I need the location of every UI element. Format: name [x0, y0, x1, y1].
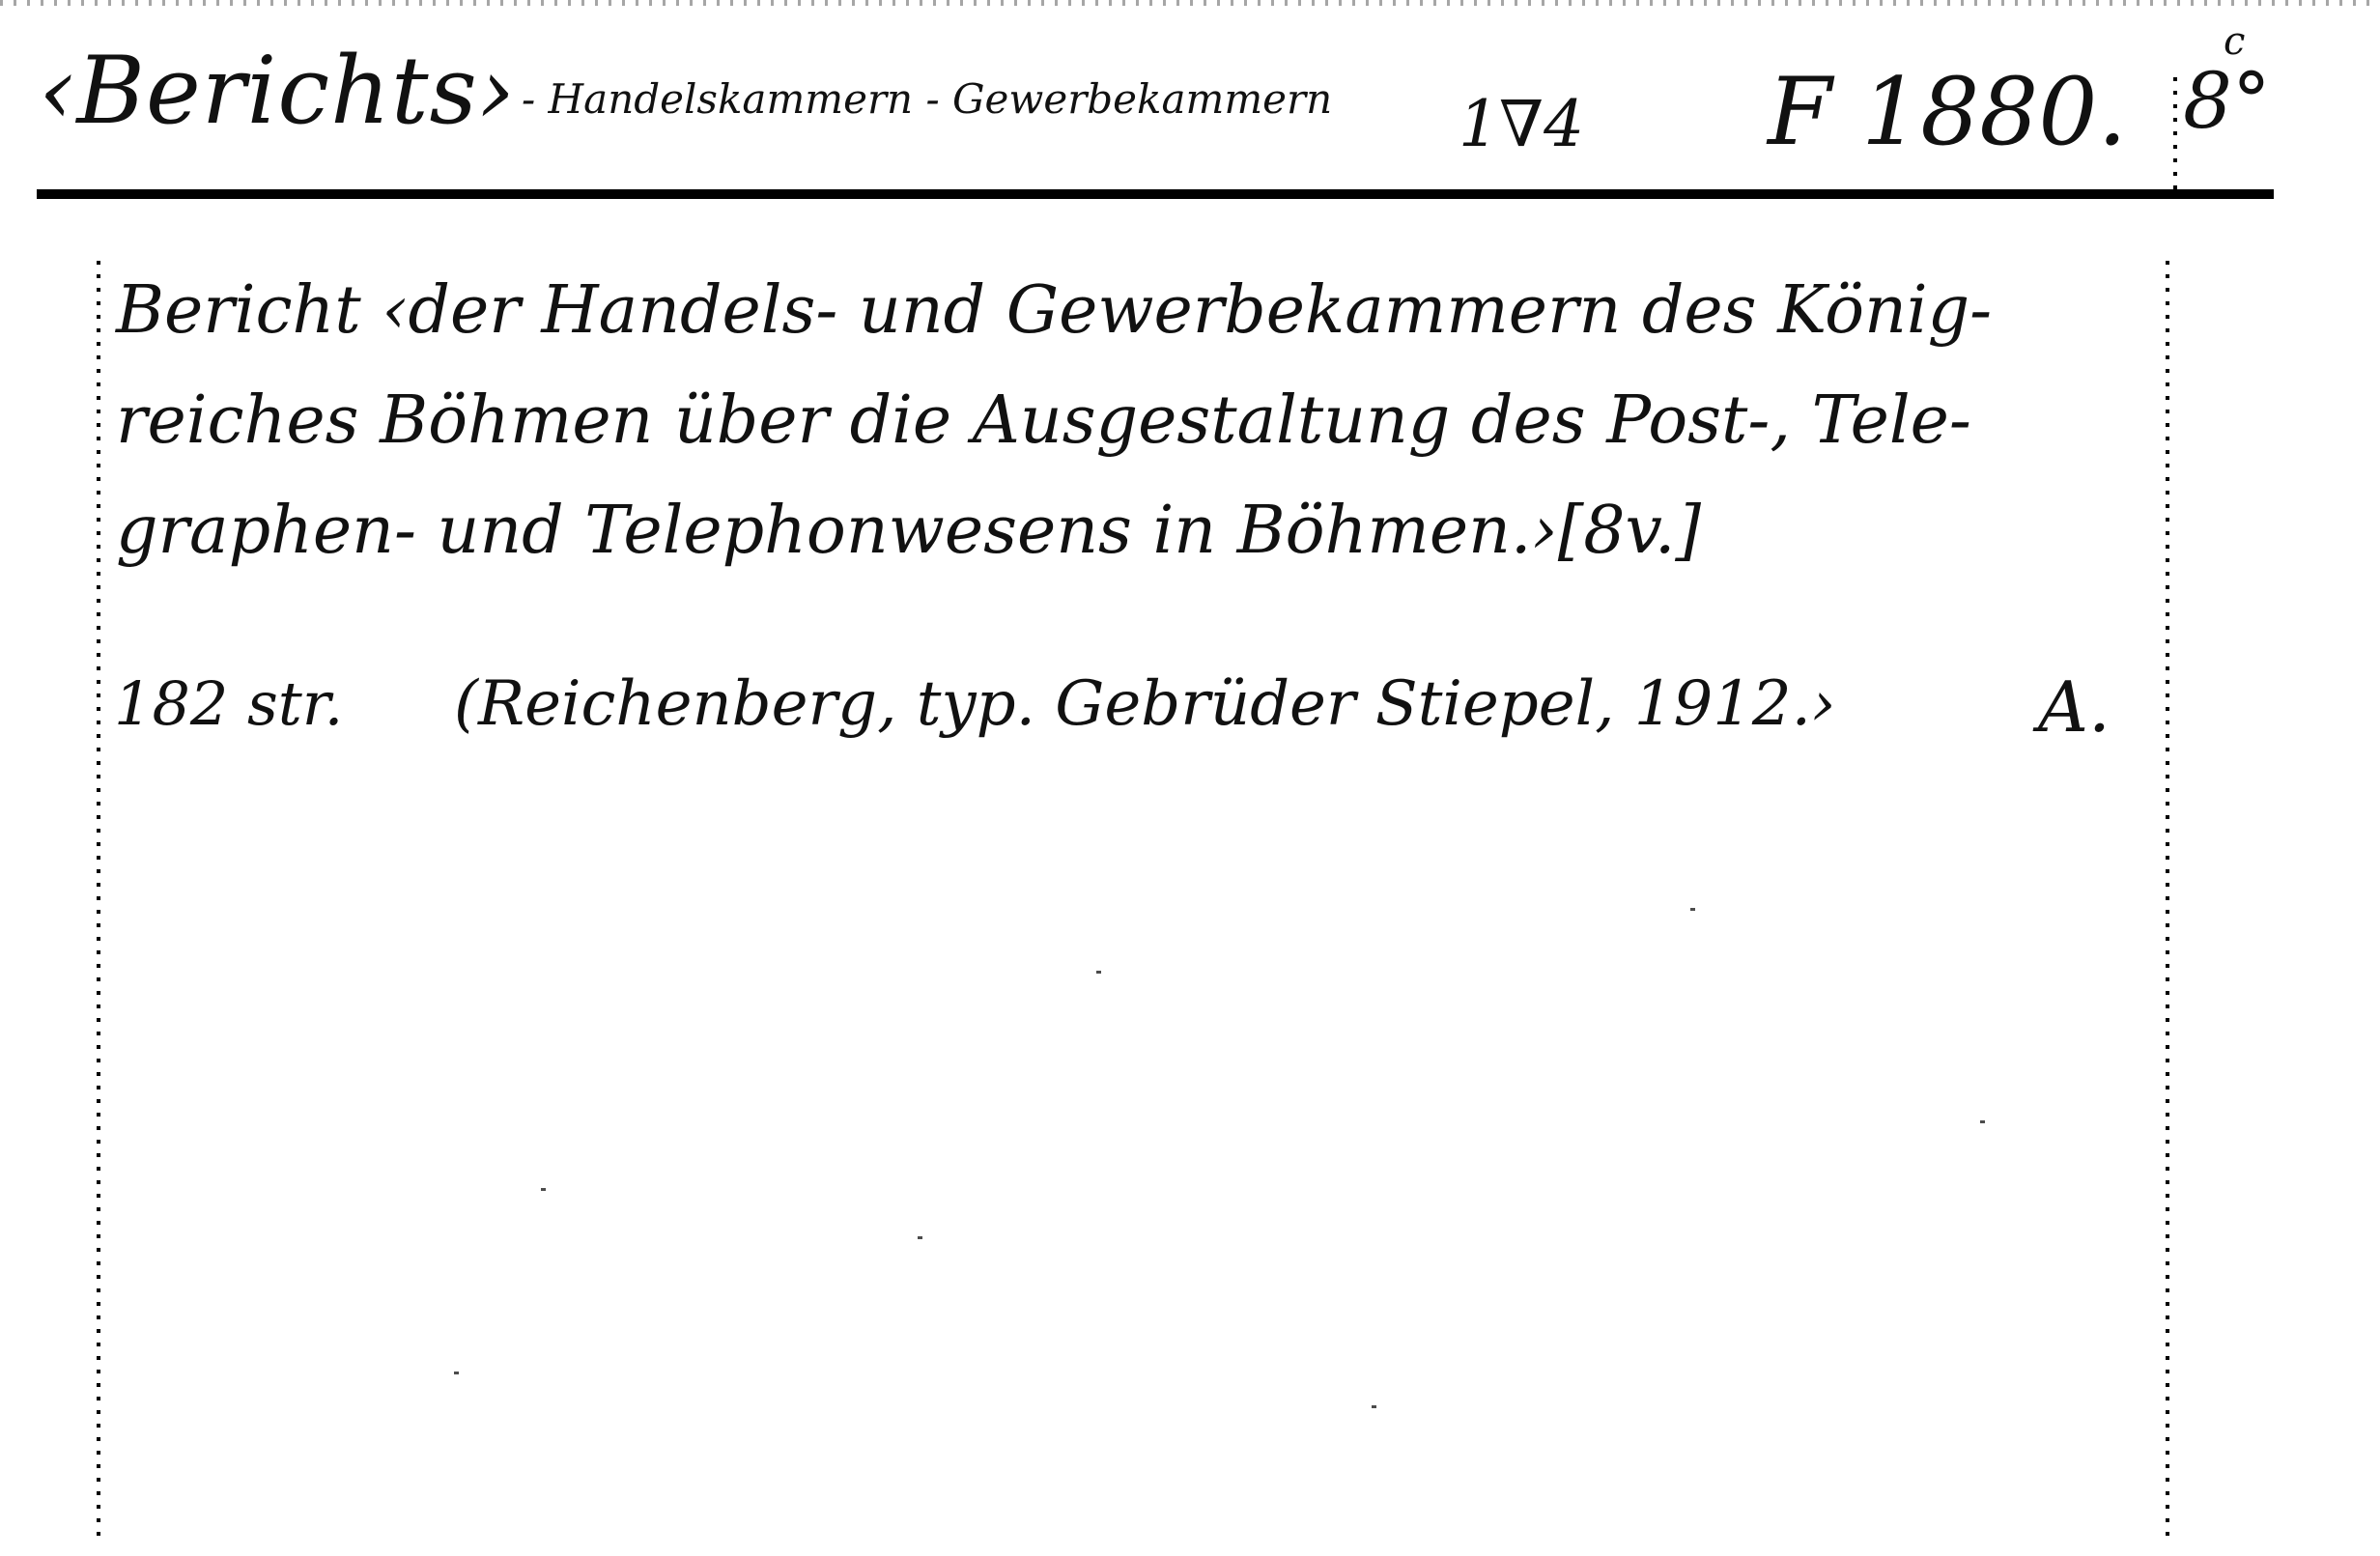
scan-speck	[1980, 1120, 1985, 1123]
scan-speck	[918, 1236, 922, 1239]
right-margin-dotted-line	[2166, 261, 2169, 1536]
subject-headings: - Handelskammern - Gewerbekammern	[522, 75, 1332, 123]
classification-number: 1∇4	[1459, 87, 1584, 161]
scan-speck	[1690, 908, 1695, 911]
scan-speck	[454, 1372, 459, 1374]
format-label: 8°	[2183, 56, 2271, 146]
scan-speck	[1372, 1405, 1376, 1408]
imprint: (Reichenberg, typ. Gebrüder Stiepel, 191…	[454, 668, 1836, 740]
main-entry-heading: ‹Berichts›	[39, 37, 516, 145]
catalog-card: ‹Berichts› - Handelskammern - Gewerbekam…	[0, 0, 2380, 1556]
page-count: 182 str.	[114, 668, 343, 739]
catalog-mark: A.	[2038, 666, 2111, 748]
scan-speck	[541, 1188, 546, 1191]
title-line-1: Bericht ‹der Handels- und Gewerbekammern…	[116, 272, 1992, 349]
shelfmark: F 1880.	[1768, 58, 2127, 166]
header-dotted-separator	[2173, 77, 2177, 193]
title-line-2: reiches Böhmen über die Ausgestaltung de…	[116, 382, 1971, 459]
left-margin-dotted-line	[97, 261, 100, 1536]
scan-edge-artifact	[0, 0, 2380, 6]
title-line-3: graphen- und Telephonwesens in Böhmen.›[…	[116, 493, 1701, 569]
scan-speck	[1096, 971, 1101, 974]
header-rule	[37, 189, 2274, 199]
